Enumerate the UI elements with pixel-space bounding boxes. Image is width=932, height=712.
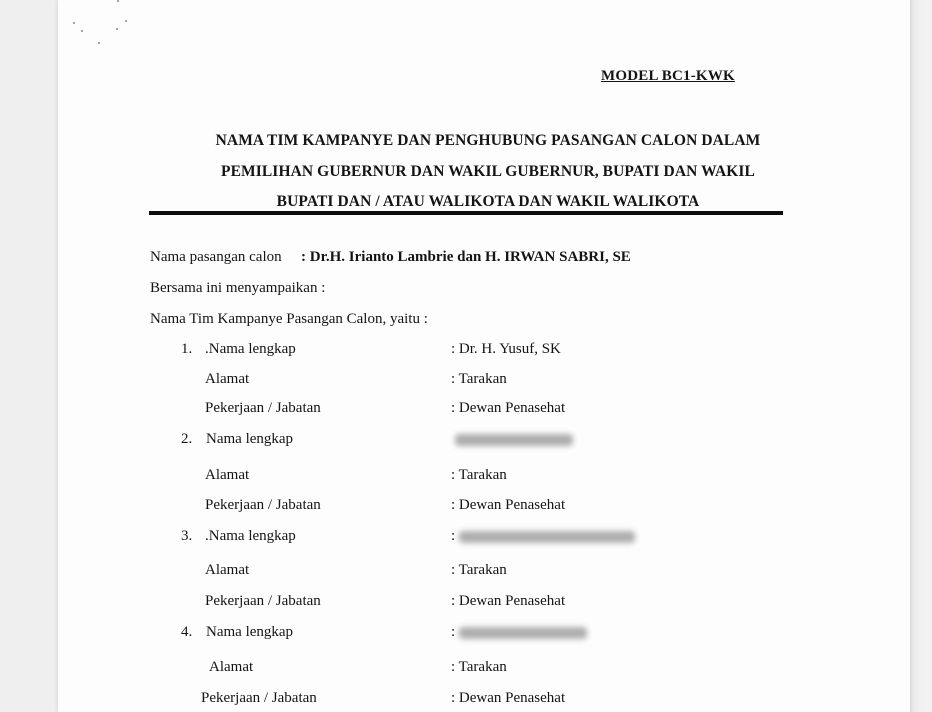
- member-number: 4.: [181, 624, 192, 641]
- member-role-value: : Dewan Penasehat: [451, 593, 565, 610]
- member-role-label: Pekerjaan / Jabatan: [205, 400, 321, 417]
- member-address-label: Alamat: [205, 467, 249, 484]
- redacted-name-blur: [459, 531, 635, 543]
- member-name-text: :: [451, 528, 455, 544]
- member-name-label: .Nama lengkap: [205, 528, 296, 545]
- intro-line: Nama Tim Kampanye Pasangan Calon, yaitu …: [150, 311, 428, 328]
- page-edge-scroll-gutter: [910, 0, 932, 712]
- member-name-label: Nama lengkap: [206, 431, 293, 448]
- member-role-label: Pekerjaan / Jabatan: [205, 593, 321, 610]
- candidate-label: Nama pasangan calon: [150, 249, 282, 266]
- member-address-value: : Tarakan: [451, 371, 507, 388]
- member-name-value: [451, 431, 573, 448]
- member-address-value: : Tarakan: [451, 659, 507, 676]
- redacted-name-blur: [455, 434, 573, 446]
- member-role-value: : Dewan Penasehat: [451, 400, 565, 417]
- model-code: MODEL BC1-KWK: [601, 68, 735, 85]
- member-address-value: : Tarakan: [451, 467, 507, 484]
- member-role-value: : Dewan Penasehat: [451, 690, 565, 707]
- member-number: 1.: [181, 341, 192, 358]
- title-rule-divider: [149, 211, 783, 215]
- member-number: 2.: [181, 431, 192, 448]
- document-title: NAMA TIM KAMPANYE DAN PENGHUBUNG PASANGA…: [150, 126, 826, 218]
- member-role-label: Pekerjaan / Jabatan: [205, 497, 321, 514]
- member-address-label: Alamat: [209, 659, 253, 676]
- title-line: PEMILIHAN GUBERNUR DAN WAKIL GUBERNUR, B…: [150, 157, 826, 188]
- member-address-label: Alamat: [205, 562, 249, 579]
- title-line: NAMA TIM KAMPANYE DAN PENGHUBUNG PASANGA…: [150, 126, 826, 157]
- member-name-value: :: [451, 624, 587, 641]
- member-name-label: Nama lengkap: [206, 624, 293, 641]
- member-address-value: : Tarakan: [451, 562, 507, 579]
- member-name-value: : Dr. H. Yusuf, SK: [451, 341, 561, 358]
- member-role-value: : Dewan Penasehat: [451, 497, 565, 514]
- member-name-value: :: [451, 528, 635, 545]
- member-name-label: .Nama lengkap: [205, 341, 296, 358]
- member-name-text: :: [451, 624, 455, 640]
- member-number: 3.: [181, 528, 192, 545]
- intro-line: Bersama ini menyampaikan :: [150, 280, 325, 297]
- member-name-text: : Dr. H. Yusuf, SK: [451, 341, 561, 357]
- member-role-label: Pekerjaan / Jabatan: [201, 690, 317, 707]
- scan-specks: [70, 0, 140, 50]
- member-address-label: Alamat: [205, 371, 249, 388]
- redacted-name-blur: [459, 627, 587, 639]
- candidate-value: : Dr.H. Irianto Lambrie dan H. IRWAN SAB…: [301, 249, 631, 266]
